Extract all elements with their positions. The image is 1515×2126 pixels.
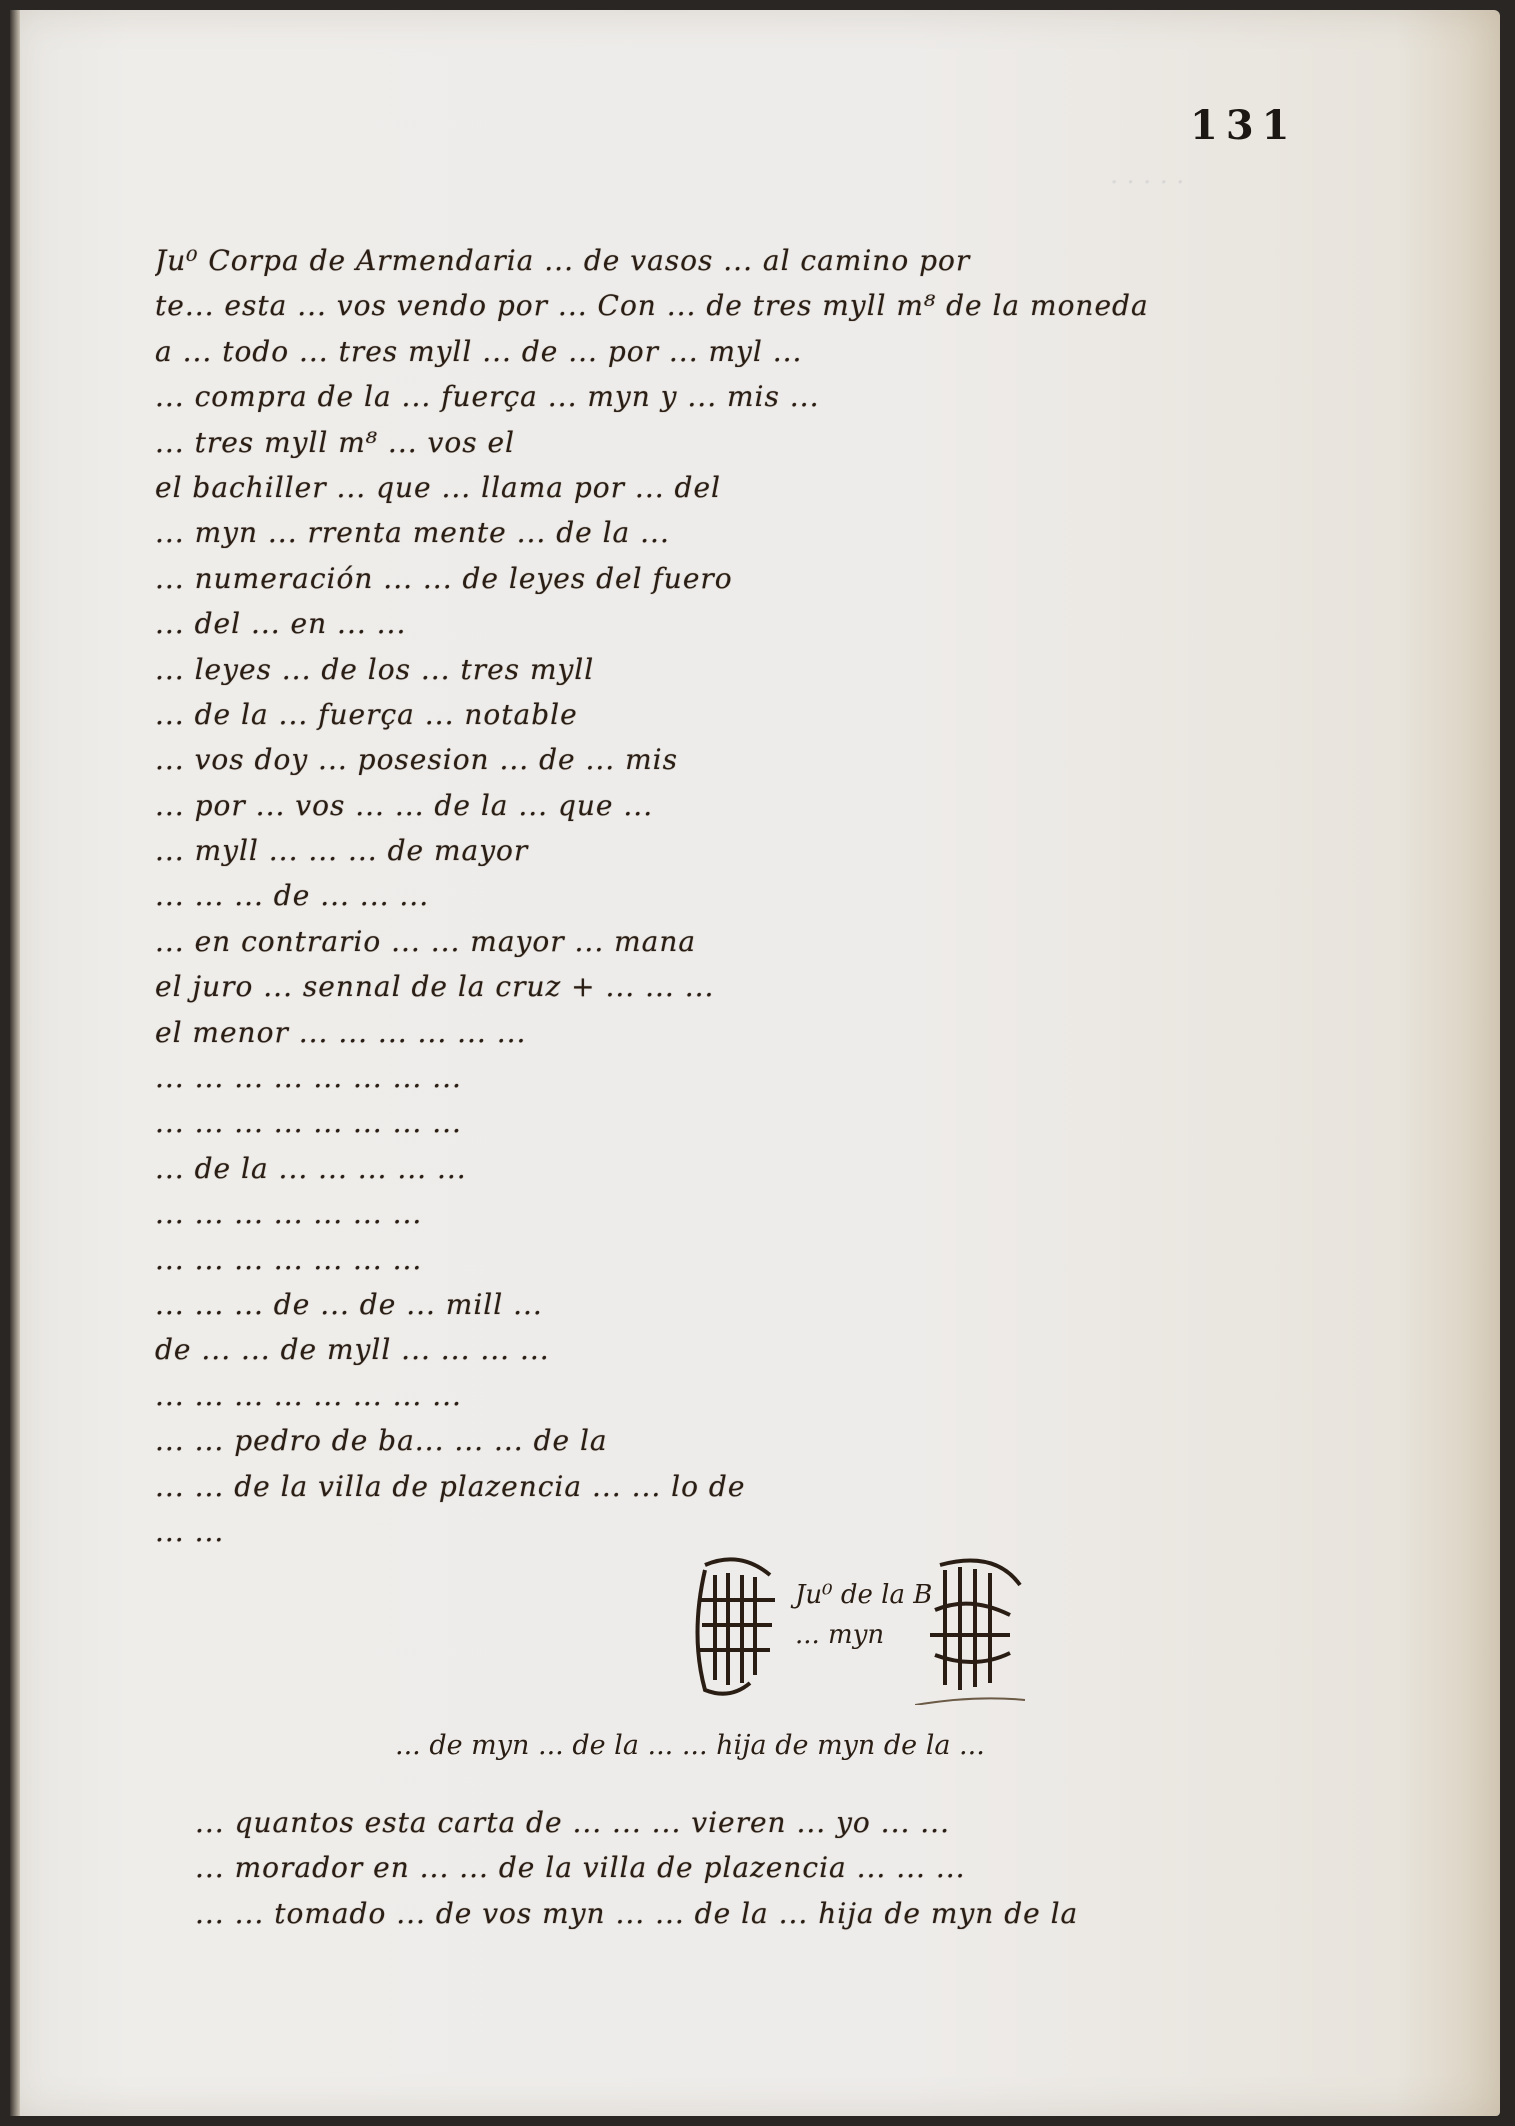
- text-line: ... leyes ... de los ... tres myll: [155, 647, 1405, 692]
- text-line: ... ... ... ... ... ... ... ...: [155, 1055, 1405, 1100]
- second-document-heading: ... de myn ... de la ... ... hija de myn…: [395, 1730, 1175, 1761]
- folio-number: 131: [1190, 102, 1298, 149]
- text-line: Ju⁰ Corpa de Armendaria ... de vasos ...…: [155, 238, 1405, 283]
- text-line: ... en contrario ... ... mayor ... mana: [155, 919, 1405, 964]
- text-line: ... de la ... fuerça ... notable: [155, 692, 1405, 737]
- text-line: ... myn ... rrenta mente ... de la ...: [155, 510, 1405, 555]
- text-line: ... compra de la ... fuerça ... myn y ..…: [155, 374, 1405, 419]
- text-line: ... ... ... ... ... ... ... ...: [155, 1100, 1405, 1145]
- text-line: ... ... tomado ... de vos myn ... ... de…: [195, 1891, 1395, 1936]
- text-line: ... ... ... de ... ... ...: [155, 873, 1405, 918]
- text-line: el menor ... ... ... ... ... ...: [155, 1010, 1405, 1055]
- text-line: ... tres myll m⁸ ... vos el: [155, 420, 1405, 465]
- text-line: ... ...: [155, 1509, 1405, 1554]
- notarial-signo-icon: [915, 1555, 1025, 1705]
- notarial-signo-icon: [690, 1555, 790, 1705]
- text-line: ... ... de la villa de plazencia ... ...…: [155, 1464, 1405, 1509]
- text-line: ... por ... vos ... ... de la ... que ..…: [155, 783, 1405, 828]
- text-line: el bachiller ... que ... llama por ... d…: [155, 465, 1405, 510]
- text-line: ... quantos esta carta de ... ... ... vi…: [195, 1800, 1395, 1845]
- main-text-block: Ju⁰ Corpa de Armendaria ... de vasos ...…: [155, 238, 1405, 1554]
- text-line: ... ... ... ... ... ... ...: [155, 1237, 1405, 1282]
- text-line: ... ... ... de ... de ... mill ...: [155, 1282, 1405, 1327]
- text-line: ... ... ... ... ... ... ... ...: [155, 1373, 1405, 1418]
- text-line: ... de la ... ... ... ... ...: [155, 1146, 1405, 1191]
- second-document-text: ... quantos esta carta de ... ... ... vi…: [195, 1800, 1395, 1936]
- text-line: te... esta ... vos vendo por ... Con ...…: [155, 283, 1405, 328]
- text-line: de ... ... de myll ... ... ... ...: [155, 1327, 1405, 1372]
- text-line: ... myll ... ... ... de mayor: [155, 828, 1405, 873]
- text-line: a ... todo ... tres myll ... de ... por …: [155, 329, 1405, 374]
- text-line: ... numeración ... ... de leyes del fuer…: [155, 556, 1405, 601]
- text-line: ... morador en ... ... de la villa de pl…: [195, 1845, 1395, 1890]
- text-line: ... ... pedro de ba... ... ... de la: [155, 1418, 1405, 1463]
- bleed-through-text: . . . . .: [1110, 160, 1184, 190]
- signature-text: Ju⁰ de la B ... myn: [795, 1575, 932, 1655]
- page-edge: [10, 10, 20, 2116]
- notarial-signature: Ju⁰ de la B ... myn: [690, 1555, 1050, 1715]
- text-line: ... ... ... ... ... ... ...: [155, 1191, 1405, 1236]
- text-line: ... del ... en ... ...: [155, 601, 1405, 646]
- manuscript-page: . . . . . 131 Ju⁰ Corpa de Armendaria ..…: [10, 10, 1500, 2116]
- text-line: el juro ... sennal de la cruz + ... ... …: [155, 964, 1405, 1009]
- text-line: ... vos doy ... posesion ... de ... mis: [155, 737, 1405, 782]
